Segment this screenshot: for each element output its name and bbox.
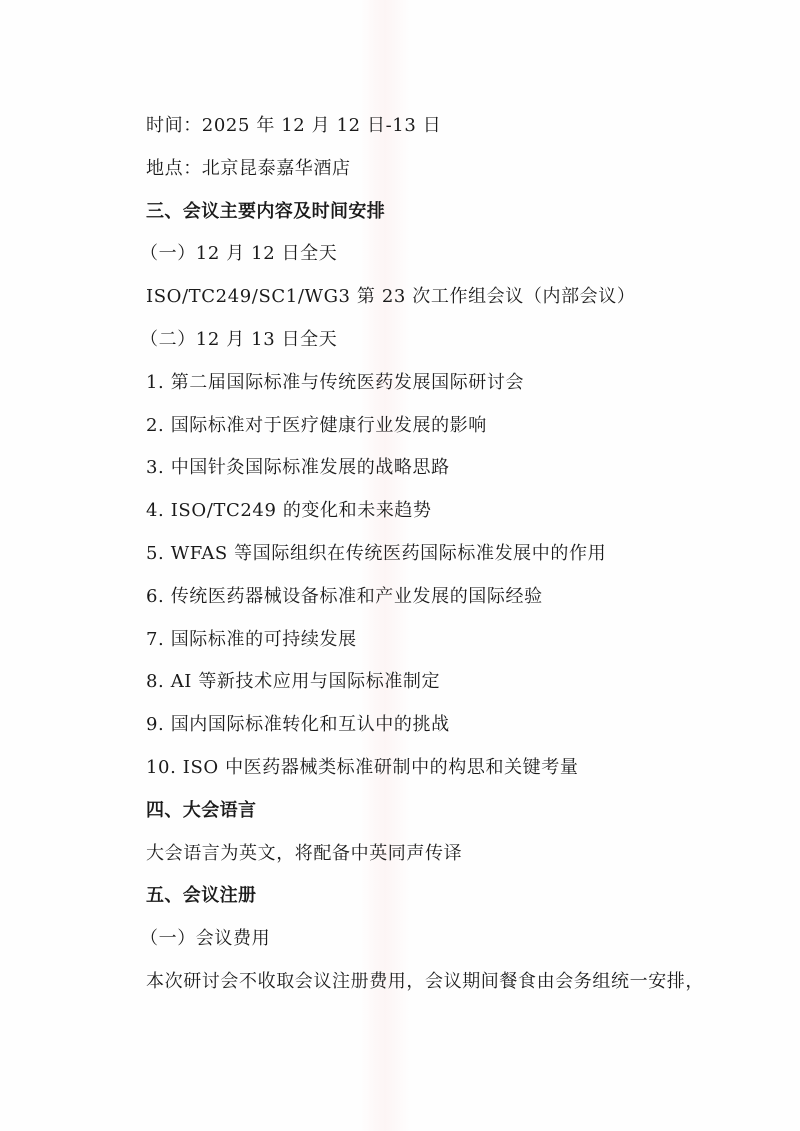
agenda-item: 7. 国际标准的可持续发展 xyxy=(146,619,746,662)
section-3-heading: 三、会议主要内容及时间安排 xyxy=(146,191,746,234)
meeting-time: 时间：2025 年 12 月 12 日-13 日 xyxy=(146,105,746,148)
agenda-item: 3. 中国针灸国际标准发展的战略思路 xyxy=(146,447,746,490)
agenda-item: 8. AI 等新技术应用与国际标准制定 xyxy=(146,661,746,704)
fee-content: 本次研讨会不收取会议注册费用，会议期间餐食由会务组统一安排， xyxy=(146,961,746,1004)
agenda-item: 6. 传统医药器械设备标准和产业发展的国际经验 xyxy=(146,576,746,619)
section-5-heading: 五、会议注册 xyxy=(146,875,746,918)
agenda-item: 4. ISO/TC249 的变化和未来趋势 xyxy=(146,490,746,533)
agenda-item: 10. ISO 中医药器械类标准研制中的构思和关键考量 xyxy=(146,747,746,790)
day-1-content: ISO/TC249/SC1/WG3 第 23 次工作组会议（内部会议） xyxy=(146,276,746,319)
section-4-heading: 四、大会语言 xyxy=(146,790,746,833)
agenda-item: 5. WFAS 等国际组织在传统医药国际标准发展中的作用 xyxy=(146,533,746,576)
day-1-label: （一）12 月 12 日全天 xyxy=(140,233,746,276)
agenda-item: 2. 国际标准对于医疗健康行业发展的影响 xyxy=(146,405,746,448)
agenda-list: 1. 第二届国际标准与传统医药发展国际研讨会 2. 国际标准对于医疗健康行业发展… xyxy=(146,362,746,790)
document-page: 时间：2025 年 12 月 12 日-13 日 地点：北京昆泰嘉华酒店 三、会… xyxy=(0,0,800,1131)
document-body: 时间：2025 年 12 月 12 日-13 日 地点：北京昆泰嘉华酒店 三、会… xyxy=(146,105,746,1004)
agenda-item: 9. 国内国际标准转化和互认中的挑战 xyxy=(146,704,746,747)
language-content: 大会语言为英文，将配备中英同声传译 xyxy=(146,833,746,876)
day-2-label: （二）12 月 13 日全天 xyxy=(140,319,746,362)
fee-label: （一）会议费用 xyxy=(140,918,746,961)
agenda-item: 1. 第二届国际标准与传统医药发展国际研讨会 xyxy=(146,362,746,405)
meeting-location: 地点：北京昆泰嘉华酒店 xyxy=(146,148,746,191)
